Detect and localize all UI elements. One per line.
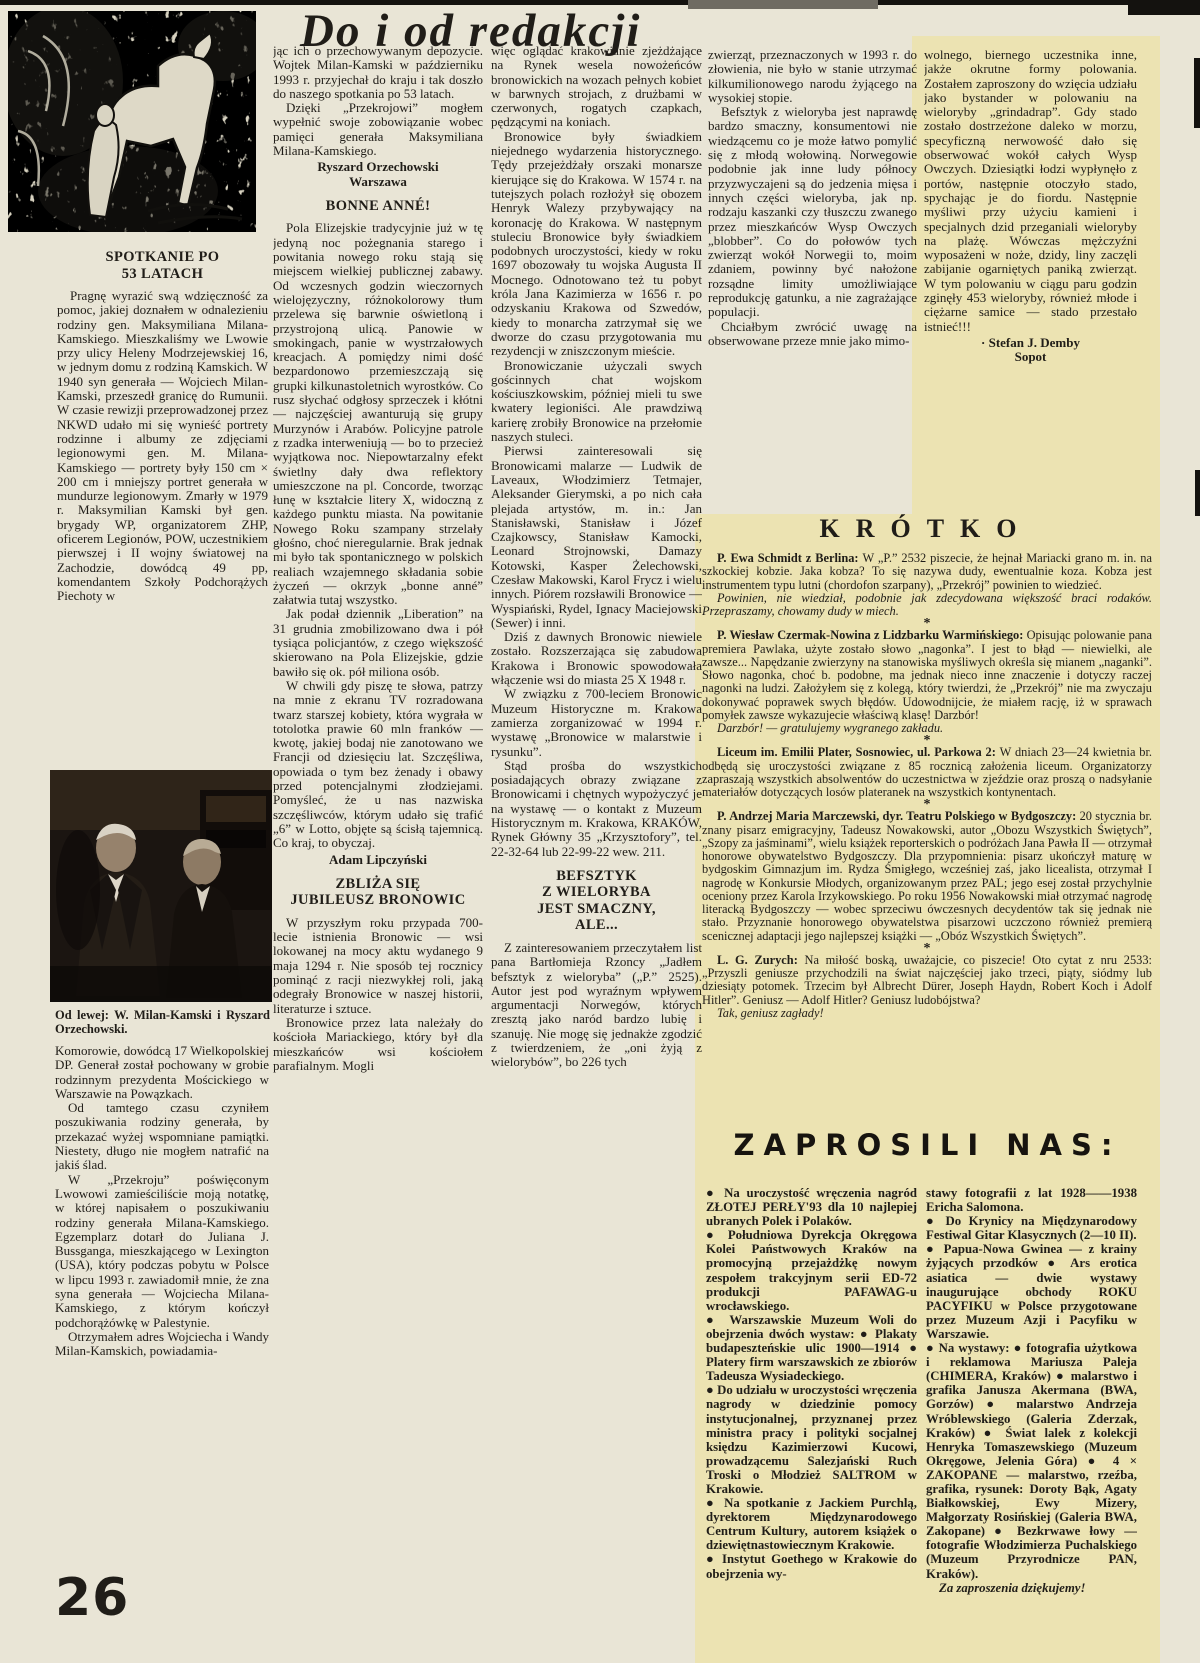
zaprosili-right-column: stawy fotografii z lat 1928——1938 Ericha…	[926, 1186, 1137, 1656]
page-number: 26	[55, 1568, 129, 1628]
column-2: jąc ich o przechowywanym depozycie. Wojt…	[273, 44, 483, 1660]
paragraph: Warszawa	[273, 175, 483, 189]
paragraph: ● Warszawskie Muzeum Woli do obejrzenia …	[706, 1313, 917, 1383]
paragraph: BEFSZTYK Z WIELORYBA JEST SMACZNY, ALE..…	[491, 868, 702, 934]
paragraph: L. G. Zurych: Na miłość boską, uważajcie…	[702, 954, 1152, 1007]
zaprosili-heading: ZAPROSILI NAS:	[700, 1128, 1155, 1162]
scan-smudge-top	[688, 0, 878, 9]
scan-edge-right-2	[1195, 470, 1200, 516]
paragraph: Befsztyk z wieloryba jest naprawdę bardz…	[708, 105, 917, 319]
paragraph: Ryszard Orzechowski	[273, 160, 483, 174]
woodcut-illustration	[8, 11, 256, 232]
paragraph: Pola Elizejskie tradycyjnie już w tę jed…	[273, 221, 483, 607]
paragraph: P. Ewa Schmidt z Berlina: W „P.” 2532 pi…	[702, 552, 1152, 592]
newspaper-page: Do i od redakcji SPOTKANIE PO 53 LATACHP…	[0, 0, 1200, 1663]
photo-caption: Od lewej: W. Milan-Kamski i Ryszard Orze…	[55, 1008, 270, 1036]
paragraph: Jak podał dziennik „Liberation” na 31 gr…	[273, 607, 483, 678]
paragraph: Bronowice były świadkiem niejednego wyda…	[491, 130, 702, 359]
paragraph: W związku z 700-leciem Bronowic Muzeum H…	[491, 687, 702, 758]
paragraph: Tak, geniusz zagłady!	[702, 1007, 1152, 1020]
paragraph: zwierząt, przeznaczonych w 1993 r. do zł…	[708, 48, 917, 105]
scan-corner-mark	[1128, 0, 1200, 15]
paragraph: ● Do Krynicy na Międzynarodowy Festiwal …	[926, 1214, 1137, 1242]
paragraph: Adam Lipczyński	[273, 853, 483, 867]
paragraph: BONNE ANNÉ!	[273, 198, 483, 215]
paragraph: ● Na uroczystość wręczenia nagród ZŁOTEJ…	[706, 1186, 917, 1228]
paragraph: ● Na spotkanie z Jackiem Purchlą, dyrekt…	[706, 1496, 917, 1552]
paragraph: więc oglądać krakowianie zjeżdżające na …	[491, 44, 702, 130]
paragraph: ● Południowa Dyrekcja Okręgowa Kolei Pań…	[706, 1228, 917, 1313]
paragraph: Stąd prośba do wszystkich posiadających …	[491, 759, 702, 859]
paragraph: Liceum im. Emilii Plater, Sosnowiec, ul.…	[702, 746, 1152, 799]
column-1-bottom: Komorowie, dowódcą 17 Wielkopolskiej DP.…	[55, 1044, 269, 1559]
paragraph: SPOTKANIE PO 53 LATACH	[57, 249, 268, 282]
column-1-top: SPOTKANIE PO 53 LATACHPragnę wyrazić swą…	[57, 240, 268, 768]
paragraph: Dzięki „Przekrojowi” mogłem wypełnić swo…	[273, 101, 483, 158]
paragraph: stawy fotografii z lat 1928——1938 Ericha…	[926, 1186, 1137, 1214]
paragraph: · Stefan J. Demby	[924, 336, 1137, 350]
paragraph: wolnego, biernego uczestnika inne, jakże…	[924, 48, 1137, 334]
paragraph: ZBLIŻA SIĘ JUBILEUSZ BRONOWIC	[273, 876, 483, 909]
paragraph: W przyszłym roku przypada 700-lecie istn…	[273, 916, 483, 1016]
paragraph: ● Papua-Nowa Gwinea — z krainy żyjących …	[926, 1242, 1137, 1341]
scan-edge-right-1	[1194, 58, 1200, 128]
paragraph: ● Do udziału w uroczystości wręczenia na…	[706, 1383, 917, 1496]
paragraph: Dziś z dawnych Bronowic niewiele zostało…	[491, 630, 702, 687]
paragraph: Pierwsi zainteresowali się Bronowicami m…	[491, 444, 702, 630]
column-5: wolnego, biernego uczestnika inne, jakże…	[924, 48, 1137, 518]
krotko-body: P. Ewa Schmidt z Berlina: W „P.” 2532 pi…	[702, 552, 1152, 1110]
column-3: więc oglądać krakowianie zjeżdżające na …	[491, 44, 702, 1660]
paragraph: P. Andrzej Maria Marczewski, dyr. Teatru…	[702, 810, 1152, 943]
paragraph: ● Instytut Goethego w Krakowie do obejrz…	[706, 1552, 917, 1580]
paragraph: W „Przekroju” poświęconym Lwowowi zamieś…	[55, 1173, 269, 1330]
paragraph: Pragnę wyrazić swą wdzięczność za pomoc,…	[57, 289, 268, 604]
krotko-heading: KRÓTKO	[700, 514, 1152, 544]
photo-milan-kamski-orzechowski	[50, 770, 272, 1002]
paragraph: Komorowie, dowódcą 17 Wielkopolskiej DP.…	[55, 1044, 269, 1101]
paragraph: Powinien, nie wiedział, podobnie jak zde…	[702, 592, 1152, 619]
paragraph: Za zaproszenia dziękujemy!	[926, 1581, 1137, 1595]
paragraph: P. Wiesław Czermak-Nowina z Lidzbarku Wa…	[702, 629, 1152, 722]
paragraph: ● Na wystawy: ● fotografia użytkowa i re…	[926, 1341, 1137, 1581]
paragraph: Sopot	[924, 350, 1137, 364]
paragraph: Od tamtego czasu czyniłem poszukiwania r…	[55, 1101, 269, 1172]
column-4: zwierząt, przeznaczonych w 1993 r. do zł…	[708, 48, 917, 526]
paragraph: Bronowice przez lata należały do kościoł…	[273, 1016, 483, 1073]
paragraph: jąc ich o przechowywanym depozycie. Wojt…	[273, 44, 483, 101]
paragraph: Z zainteresowaniem przeczytałem list pan…	[491, 941, 702, 1070]
zaprosili-left-column: ● Na uroczystość wręczenia nagród ZŁOTEJ…	[706, 1186, 917, 1656]
paragraph: Chciałbym zwrócić uwagę na obserwowane p…	[708, 320, 917, 349]
paragraph: Bronowiczanie użyczali swych gościnnych …	[491, 359, 702, 445]
paragraph: W chwili gdy piszę te słowa, patrzy na m…	[273, 679, 483, 851]
paragraph: Otrzymałem adres Wojciecha i Wandy Milan…	[55, 1330, 269, 1359]
